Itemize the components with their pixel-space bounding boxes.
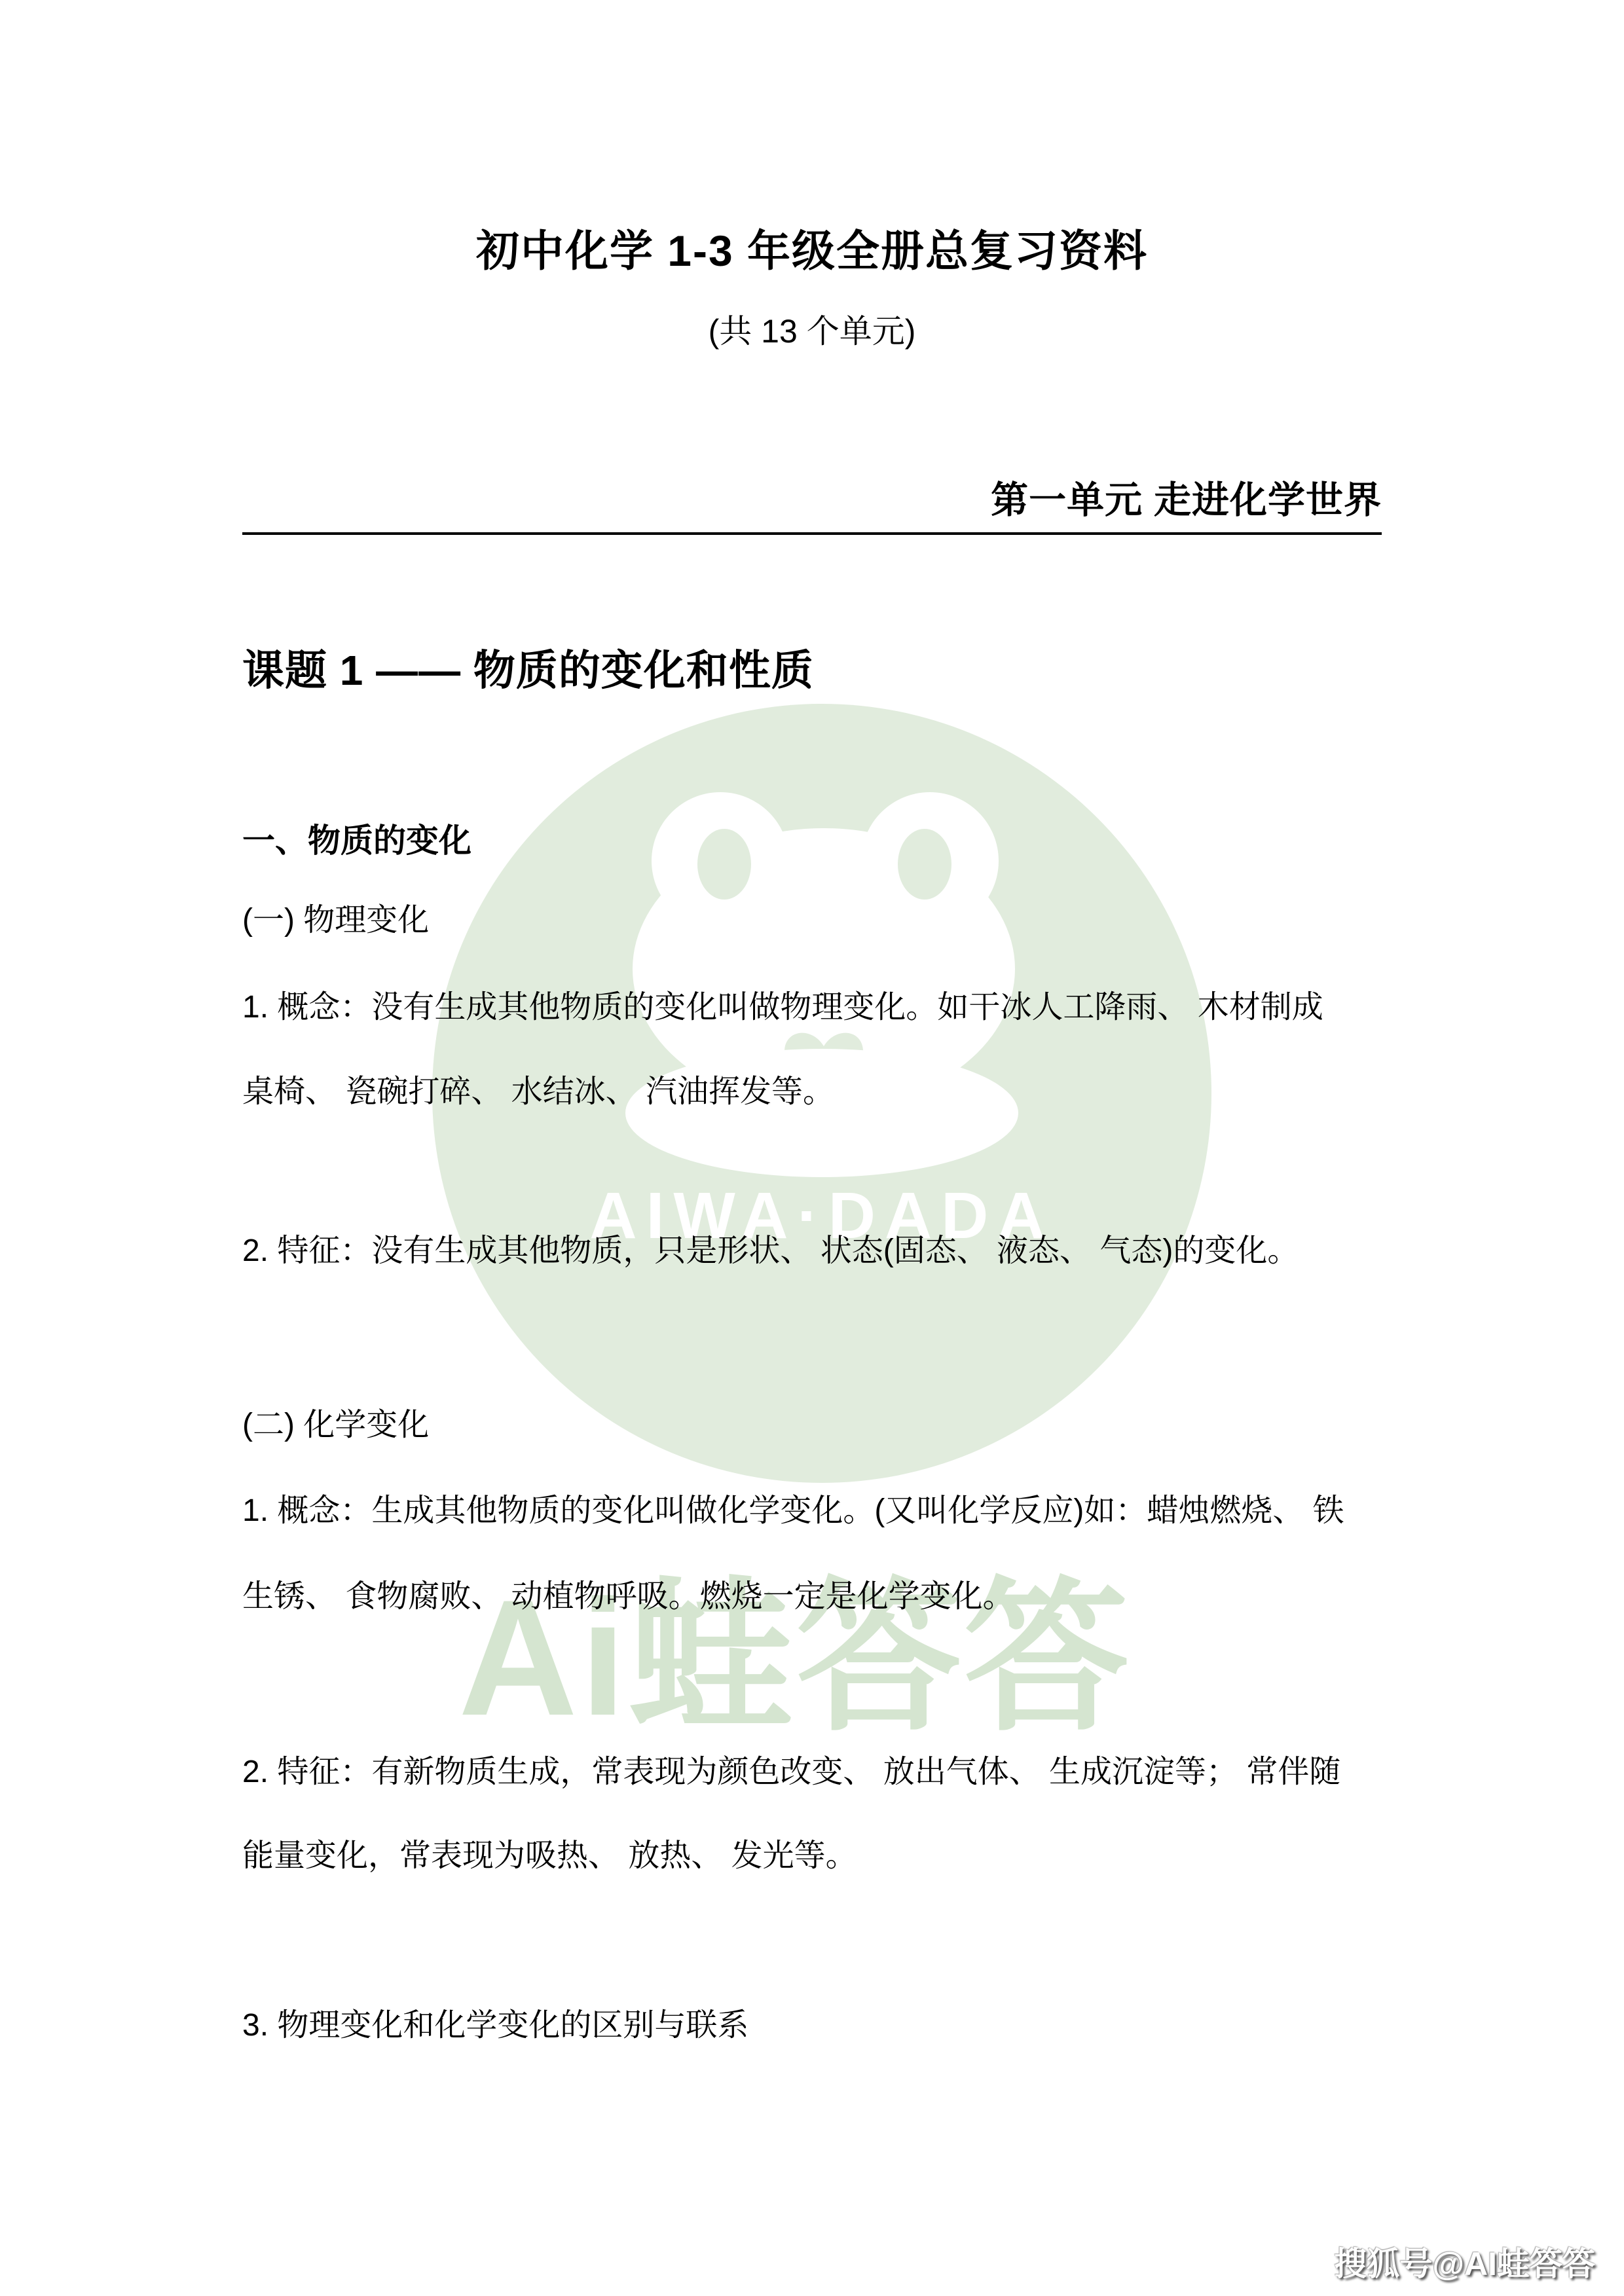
unit-heading: 第一单元 走进化学世界 [991,470,1382,524]
frog-right-eye [898,829,951,900]
physical-change-heading: (一) 物理变化 [242,894,429,939]
physical-concept-line2: 桌椅、 瓷碗打碎、 水结冰、 汽油挥发等。 [242,1066,834,1111]
chemical-change-heading: (二) 化学变化 [242,1399,429,1444]
watermark-brand-text: Ai蛙答答 [458,1525,1132,1762]
chemical-feature-line2: 能量变化，常表现为吸热、 放热、 发光等。 [242,1830,857,1875]
chemical-concept-line2: 生锈、 食物腐败、 动植物呼吸。燃烧一定是化学变化。 [242,1571,1014,1616]
chemical-feature-line1: 2. 特征：有新物质生成，常表现为颜色改变、 放出气体、 生成沉淀等； 常伴随 [242,1746,1340,1791]
heading-divider-line [242,532,1382,535]
doc-title: 初中化学 1-3 年级全册总复习资料 [0,216,1624,278]
document-page: AIWA·DADA Ai蛙答答 初中化学 1-3 年级全册总复习资料 (共 13… [0,0,1624,2296]
section1-heading: 一、物质的变化 [242,814,471,862]
lesson-heading: 课题 1 —— 物质的变化和性质 [242,637,814,697]
difference-heading: 3. 物理变化和化学变化的区别与联系 [242,1999,748,2045]
chemical-concept-line1: 1. 概念：生成其他物质的变化叫做化学变化。(又叫化学反应)如：蜡烛燃烧、 铁 [242,1485,1344,1530]
frog-left-eye [697,829,751,900]
doc-subtitle: (共 13 个单元) [0,305,1624,352]
footer-credit: 搜狐号@AI蛙答答 [1334,2238,1595,2285]
physical-feature-line: 2. 特征：没有生成其他物质，只是形状、 状态(固态、 液态、 气态)的变化。 [242,1225,1299,1270]
physical-concept-line1: 1. 概念：没有生成其他物质的变化叫做物理变化。如干冰人工降雨、 木材制成 [242,981,1323,1027]
